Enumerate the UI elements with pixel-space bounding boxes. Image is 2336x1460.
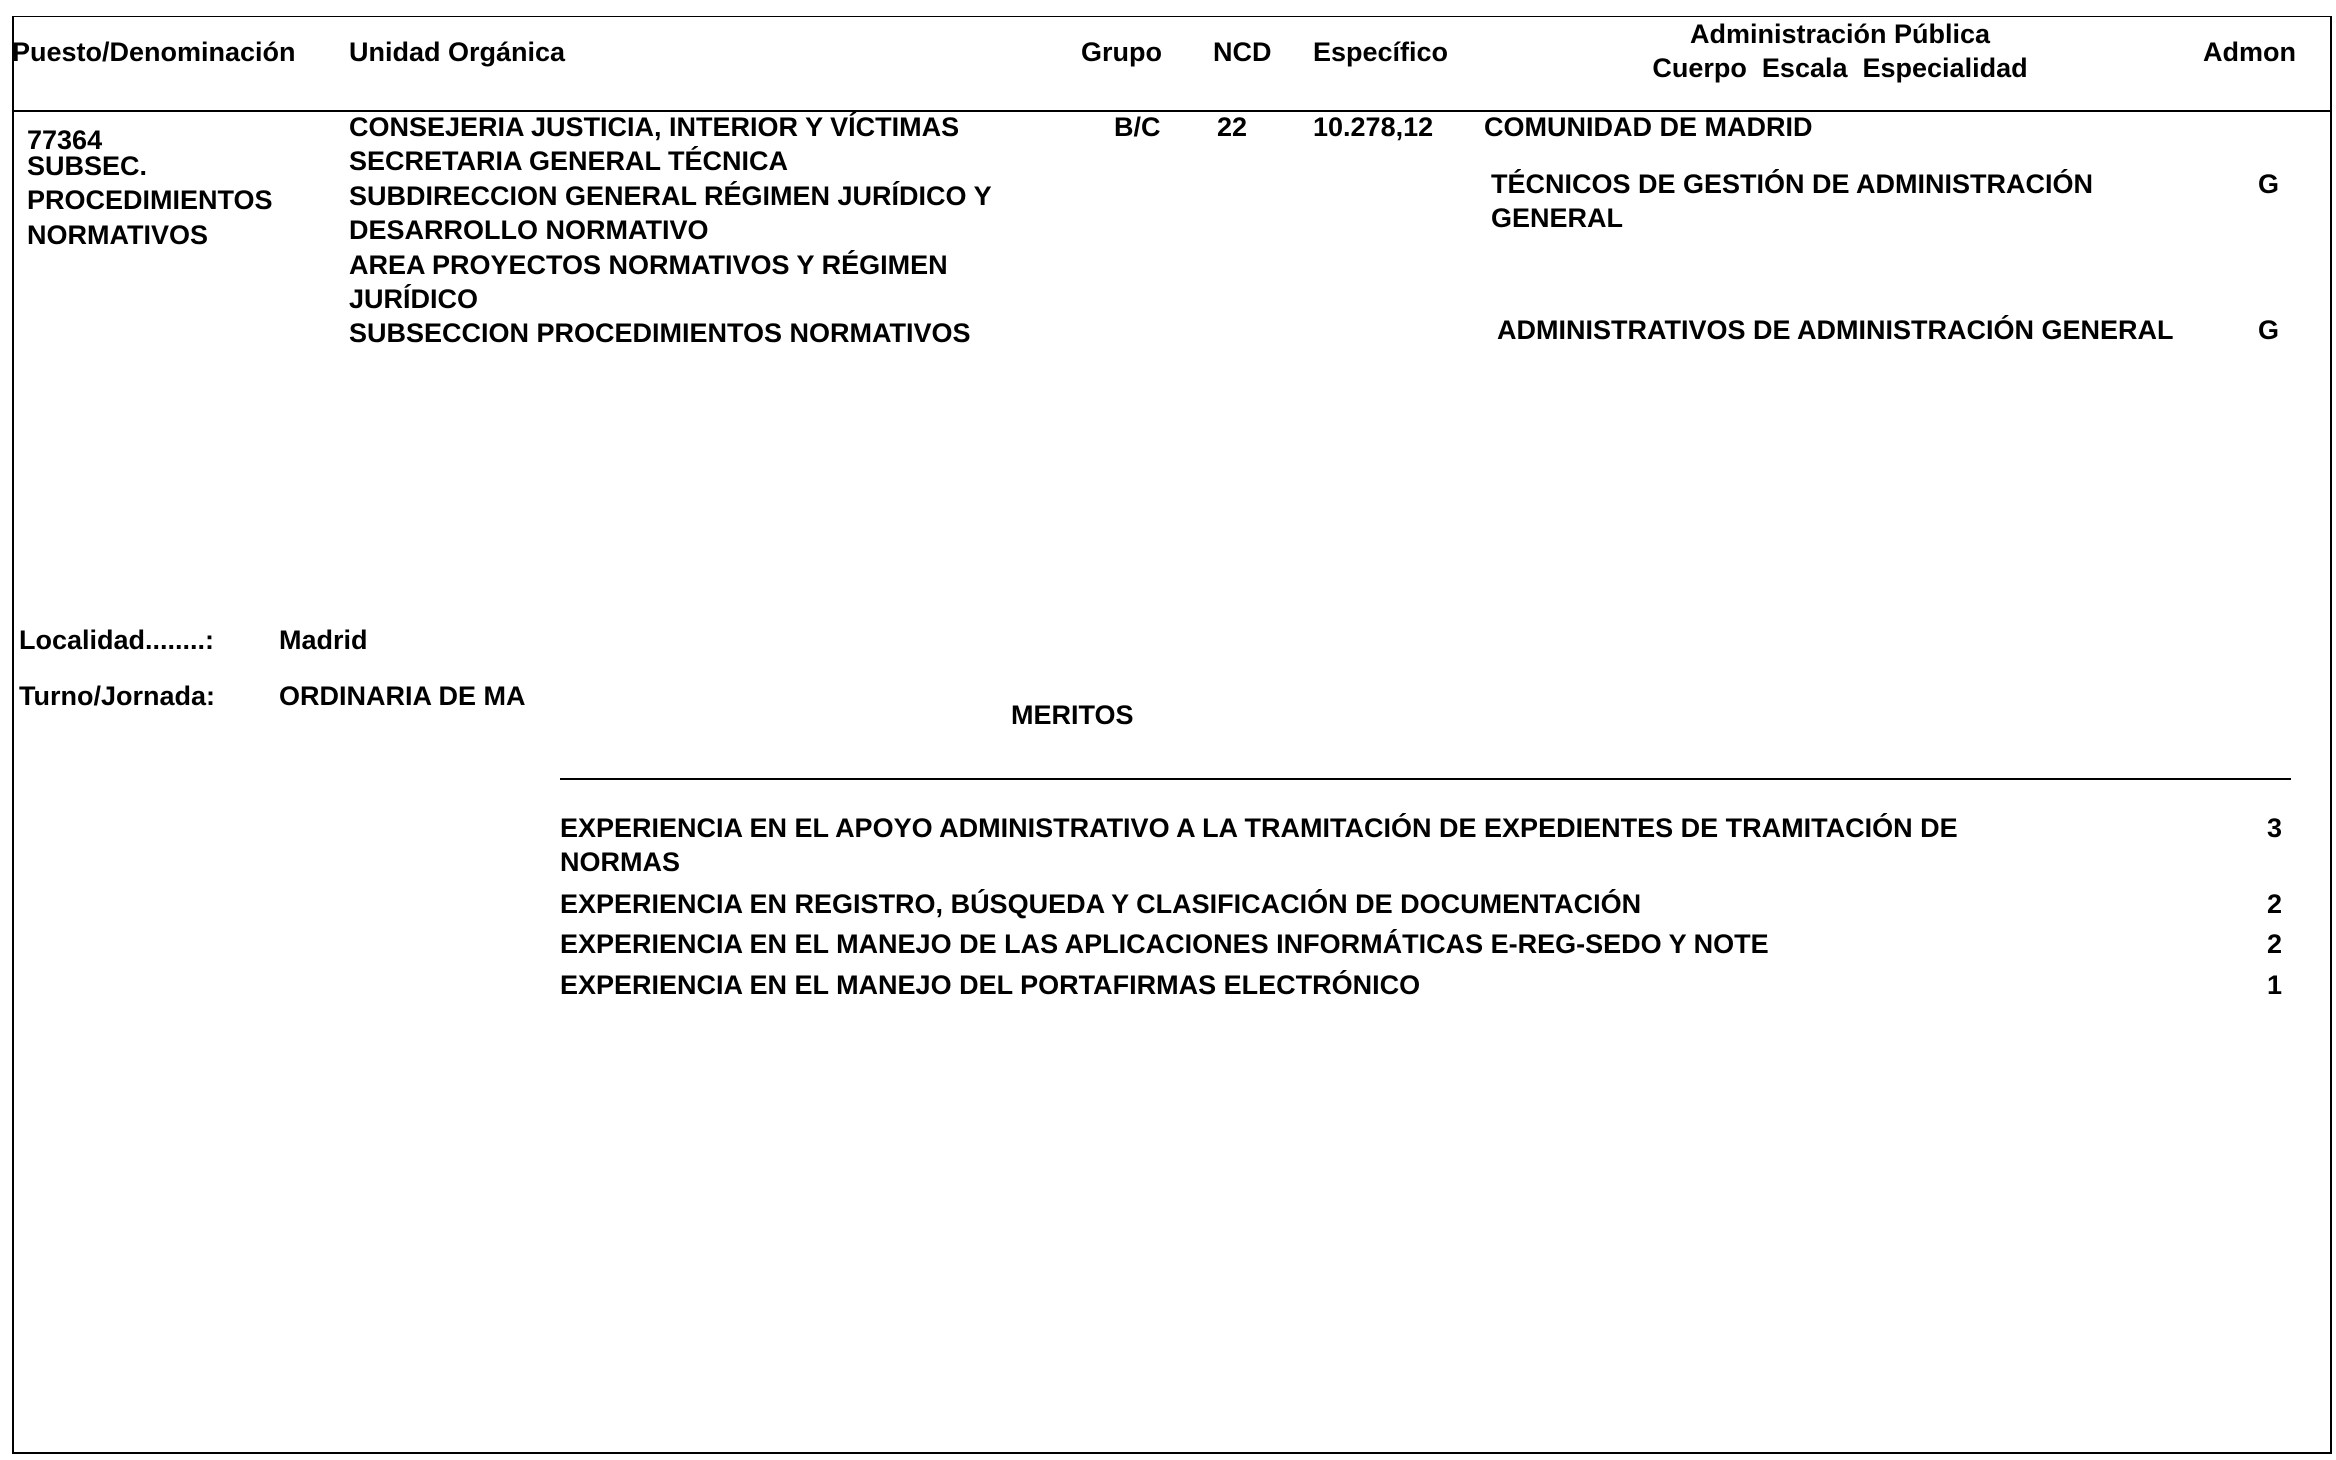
header-especifico: Específico: [1313, 39, 1448, 66]
merito-line: EXPERIENCIA EN REGISTRO, BÚSQUEDA Y CLAS…: [560, 891, 1641, 918]
localidad-value: Madrid: [279, 627, 368, 654]
puesto-denominacion-line: NORMATIVOS: [27, 222, 208, 249]
merito-points: 1: [2267, 972, 2282, 999]
merito-points: 3: [2267, 815, 2282, 842]
merito-line: EXPERIENCIA EN EL MANEJO DE LAS APLICACI…: [560, 931, 1769, 958]
meritos-title: MERITOS: [1011, 702, 1134, 729]
unidad-organica-line: SECRETARIA GENERAL TÉCNICA: [349, 148, 788, 175]
header-cuerpo-escala-especialidad: Cuerpo Escala Especialidad: [1600, 55, 2080, 82]
header-admon: Admon: [2203, 39, 2296, 66]
turno-value: ORDINARIA DE MA: [279, 683, 526, 710]
unidad-organica-line: CONSEJERIA JUSTICIA, INTERIOR Y VÍCTIMAS: [349, 114, 959, 141]
unidad-organica-line: SUBDIRECCION GENERAL RÉGIMEN JURÍDICO Y: [349, 183, 992, 210]
especifico-value: 10.278,12: [1313, 114, 1433, 141]
turno-label: Turno/Jornada:: [19, 683, 215, 710]
header-puesto: Puesto/Denominación: [12, 39, 296, 66]
merito-points: 2: [2267, 891, 2282, 918]
header-grupo: Grupo: [1081, 39, 1162, 66]
ncd-value: 22: [1217, 114, 1247, 141]
puesto-denominacion-line: SUBSEC.: [27, 153, 147, 180]
puesto-denominacion-line: PROCEDIMIENTOS: [27, 187, 273, 214]
cuerpo-admon: G: [2258, 317, 2279, 344]
header-unidad-organica: Unidad Orgánica: [349, 39, 565, 66]
merito-line: EXPERIENCIA EN EL APOYO ADMINISTRATIVO A…: [560, 815, 1958, 842]
merito-line: NORMAS: [560, 849, 680, 876]
meritos-divider: [560, 778, 2291, 780]
unidad-organica-line: SUBSECCION PROCEDIMIENTOS NORMATIVOS: [349, 320, 971, 347]
cuerpo-admon: G: [2258, 171, 2279, 198]
unidad-organica-line: DESARROLLO NORMATIVO: [349, 217, 709, 244]
localidad-label: Localidad........:: [19, 627, 214, 654]
merito-points: 2: [2267, 931, 2282, 958]
cuerpo-line: ADMINISTRATIVOS DE ADMINISTRACIÓN GENERA…: [1497, 317, 2174, 344]
header-ncd: NCD: [1213, 39, 1272, 66]
cuerpo-line: GENERAL: [1491, 205, 1623, 232]
merito-line: EXPERIENCIA EN EL MANEJO DEL PORTAFIRMAS…: [560, 972, 1420, 999]
unidad-organica-line: JURÍDICO: [349, 286, 478, 313]
puesto-codigo: 77364: [27, 127, 102, 154]
administracion-entidad: COMUNIDAD DE MADRID: [1484, 114, 1812, 141]
header-administracion-publica: Administración Pública: [1600, 21, 2080, 48]
cuerpo-line: TÉCNICOS DE GESTIÓN DE ADMINISTRACIÓN: [1491, 171, 2093, 198]
unidad-organica-line: AREA PROYECTOS NORMATIVOS Y RÉGIMEN: [349, 252, 948, 279]
grupo-value: B/C: [1114, 114, 1161, 141]
